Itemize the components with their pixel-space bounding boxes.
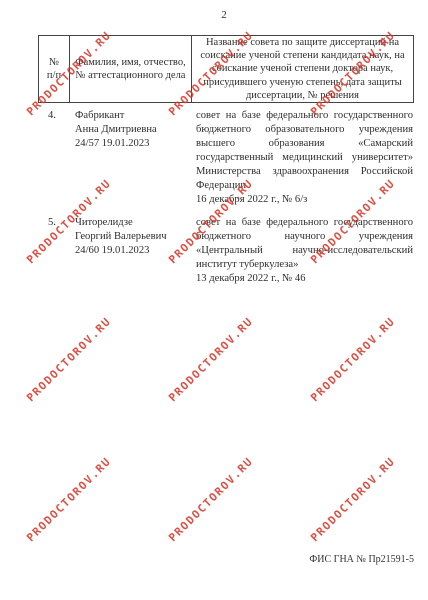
council-cell: совет на базе федерального государственн… bbox=[190, 109, 414, 207]
page-number: 2 bbox=[0, 9, 428, 21]
table-body: 4. Фабрикант Анна Дмитриевна 24/57 19.01… bbox=[38, 103, 414, 286]
person-surname: Читорелидзе bbox=[75, 216, 190, 230]
attestation-table: № п/п Фамилия, имя, отчество, № аттестац… bbox=[38, 35, 414, 286]
council-description: совет на базе федерального государственн… bbox=[196, 216, 413, 272]
person-name: Георгий Валерьевич bbox=[75, 230, 190, 244]
watermark-text: PRODOCTOROV.RU bbox=[22, 452, 116, 546]
watermark-text: PRODOCTOROV.RU bbox=[306, 452, 400, 546]
header-cell-person: Фамилия, имя, отчество, № аттестационног… bbox=[69, 36, 191, 102]
document-page: 2 № п/п Фамилия, имя, отчество, № аттест… bbox=[0, 0, 428, 600]
watermark-text: PRODOCTOROV.RU bbox=[22, 312, 116, 406]
person-cell: Фабрикант Анна Дмитриевна 24/57 19.01.20… bbox=[68, 109, 190, 207]
decision-date: 16 декабря 2022 г., № 6/з bbox=[196, 193, 413, 207]
person-cell: Читорелидзе Георгий Валерьевич 24/60 19.… bbox=[68, 216, 190, 286]
header-cell-council: Название совета по защите диссертаций на… bbox=[191, 36, 413, 102]
person-name: Анна Дмитриевна bbox=[75, 123, 190, 137]
watermark-text: PRODOCTOROV.RU bbox=[306, 312, 400, 406]
table-row: 5. Читорелидзе Георгий Валерьевич 24/60 … bbox=[38, 216, 414, 286]
council-cell: совет на базе федерального государственн… bbox=[190, 216, 414, 286]
council-description: совет на базе федерального государственн… bbox=[196, 109, 413, 193]
person-case-number: 24/60 19.01.2023 bbox=[75, 244, 190, 258]
document-registry-code: ФИС ГНА № Пр21591-5 bbox=[309, 554, 414, 565]
person-case-number: 24/57 19.01.2023 bbox=[75, 137, 190, 151]
table-header-row: № п/п Фамилия, имя, отчество, № аттестац… bbox=[38, 35, 414, 103]
watermark-text: PRODOCTOROV.RU bbox=[164, 452, 258, 546]
row-number: 5. bbox=[38, 216, 68, 286]
header-cell-num: № п/п bbox=[39, 36, 69, 102]
decision-date: 13 декабря 2022 г., № 46 bbox=[196, 272, 413, 286]
row-number: 4. bbox=[38, 109, 68, 207]
person-surname: Фабрикант bbox=[75, 109, 190, 123]
watermark-text: PRODOCTOROV.RU bbox=[164, 312, 258, 406]
table-row: 4. Фабрикант Анна Дмитриевна 24/57 19.01… bbox=[38, 109, 414, 207]
